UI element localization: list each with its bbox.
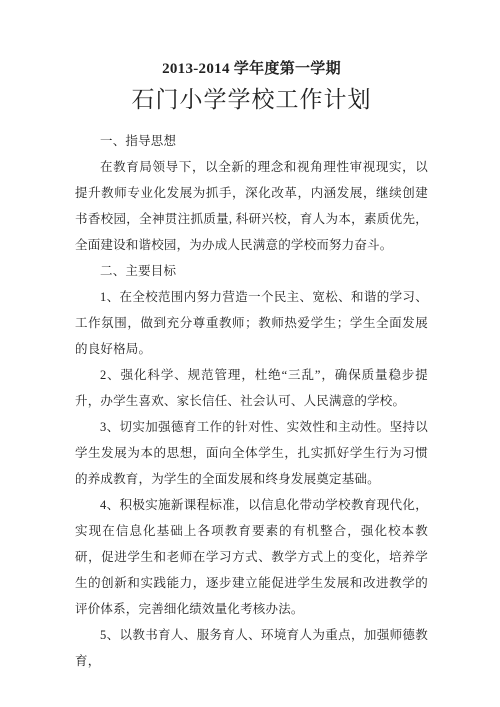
document-page: 2013-2014 学年度第一学期 石门小学学校工作计划 一、指导思想 在教育局… (0, 0, 500, 707)
document-body: 一、指导思想 在教育局领导下，以全新的理念和视角理性审视现实，以提升教师专业化发… (75, 128, 428, 674)
paragraph: 在教育局领导下，以全新的理念和视角理性审视现实，以提升教师专业化发展为抓手，深化… (75, 154, 428, 258)
section-heading: 一、指导思想 (75, 128, 428, 154)
paragraph: 3、切实加强德育工作的针对性、实效性和主动性。坚持以学生发展为本的思想，面向全体… (75, 414, 428, 492)
document-title: 石门小学学校工作计划 (75, 84, 428, 116)
paragraph: 1、在全校范围内努力营造一个民主、宽松、和谐的学习、工作氛围，做到充分尊重教师；… (75, 284, 428, 362)
document-subtitle: 2013-2014 学年度第一学期 (75, 58, 428, 80)
paragraph: 2、强化科学、规范管理，杜绝“三乱”，确保质量稳步提升，办学生喜欢、家长信任、社… (75, 362, 428, 414)
paragraph: 5、以教书育人、服务育人、环境育人为重点，加强师德教育， (75, 622, 428, 674)
section-heading: 二、主要目标 (75, 258, 428, 284)
paragraph: 4、积极实施新课程标准，以信息化带动学校教育现代化，实现在信息化基础上各项教育要… (75, 492, 428, 622)
